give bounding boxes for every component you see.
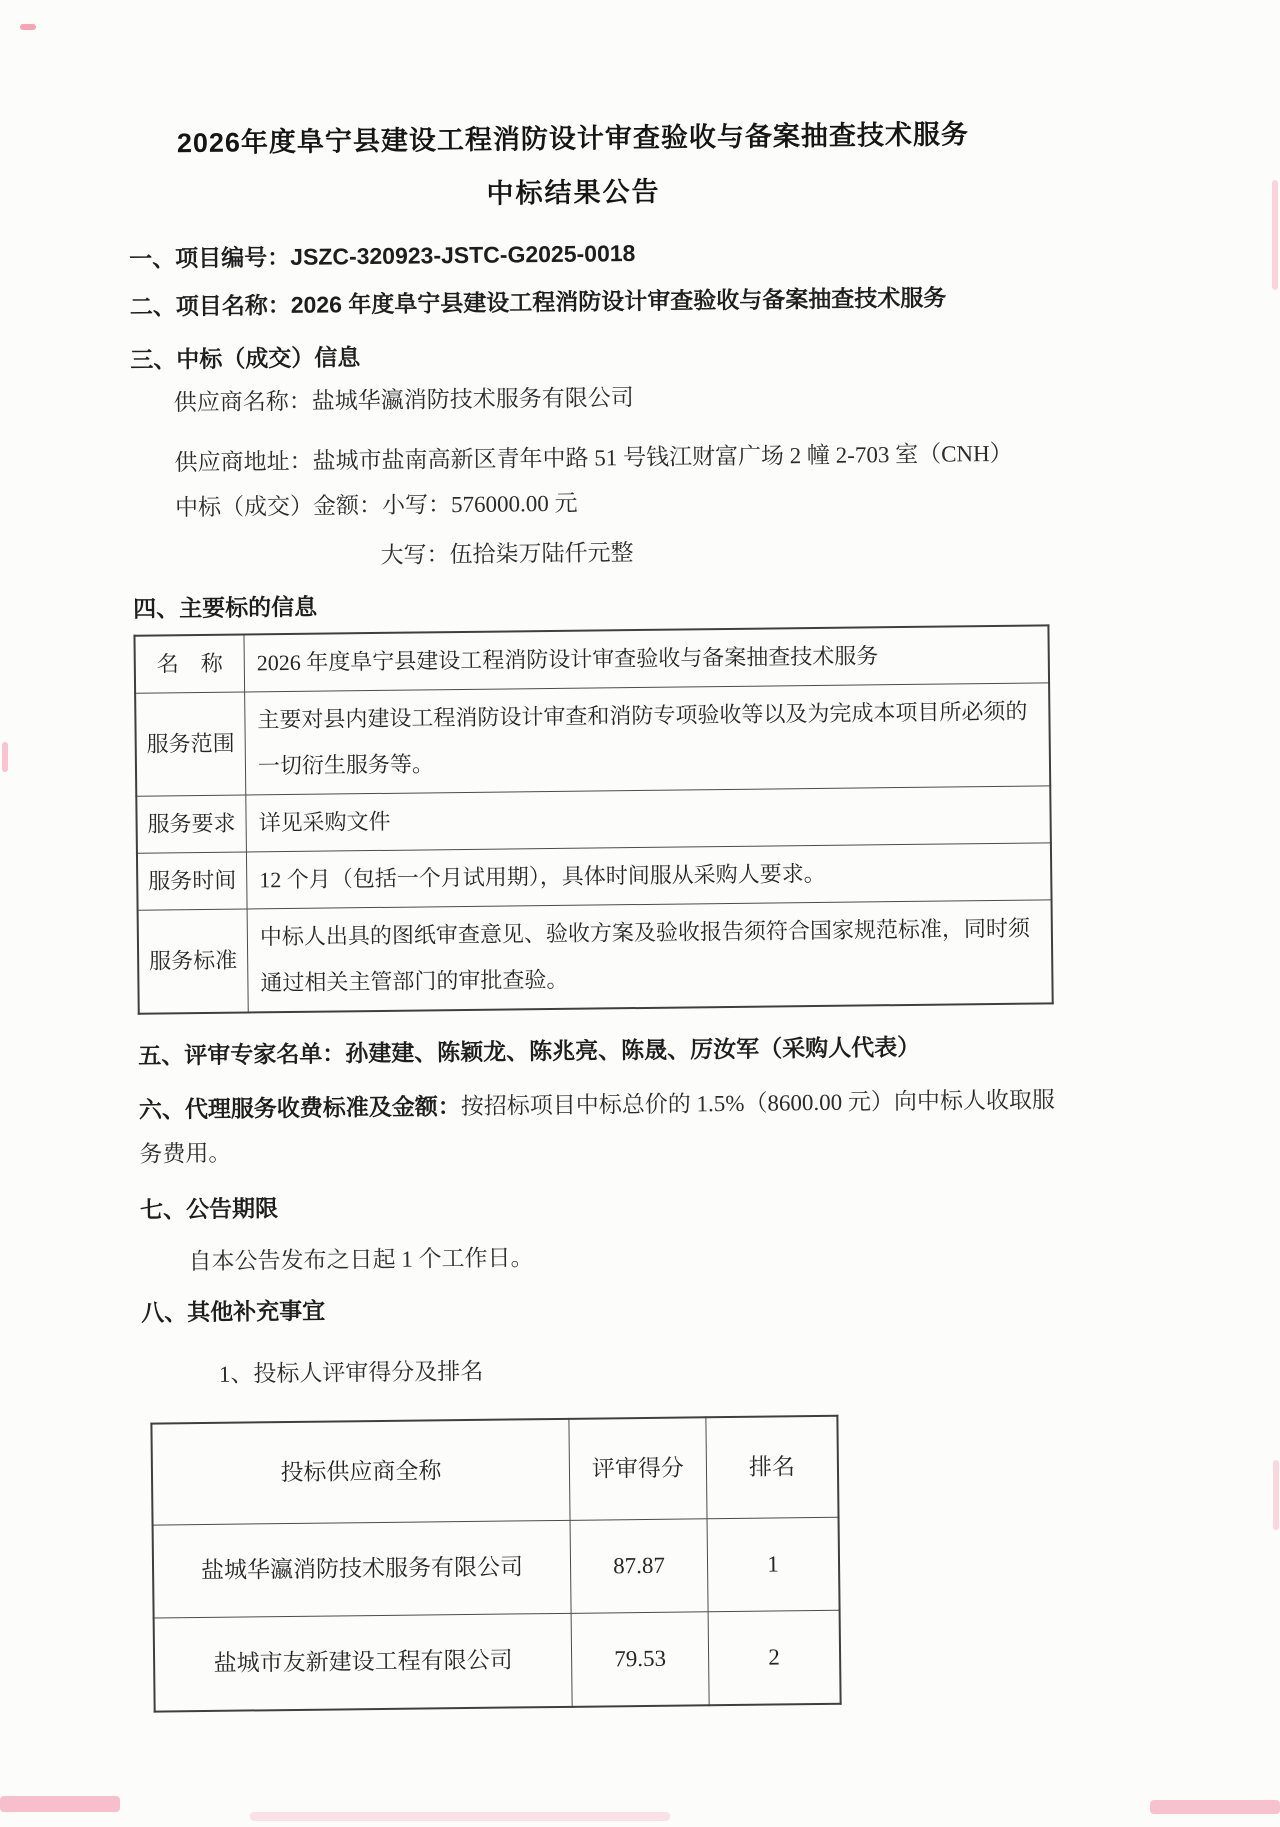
document-content: 2026年度阜宁县建设工程消防设计审查验收与备案抽查技术服务 中标结果公告 一、… bbox=[126, 0, 1065, 1713]
info-row-name: 名 称 2026 年度阜宁县建设工程消防设计审查验收与备案抽查技术服务 bbox=[134, 625, 1049, 693]
info-label-cell: 服务要求 bbox=[136, 795, 246, 853]
rank-cell: 1 bbox=[707, 1517, 840, 1611]
supplier-name-line: 供应商名称：盐城华瀛消防技术服务有限公司 bbox=[131, 376, 1051, 420]
bidder-name-cell: 盐城市友新建设工程有限公司 bbox=[154, 1613, 573, 1711]
project-number-label: 一、项目编号： bbox=[129, 244, 290, 272]
award-amount-label: 中标（成交）金额： bbox=[175, 493, 382, 520]
section-experts: 五、评审专家名单：孙建建、陈颖龙、陈兆亮、陈晟、厉汝军（采购人代表） bbox=[138, 1028, 1058, 1073]
score-cell: 87.87 bbox=[570, 1519, 708, 1614]
header-review-score: 评审得分 bbox=[569, 1417, 707, 1520]
document-subtitle: 中标结果公告 bbox=[128, 168, 1018, 218]
announcement-period-body: 自本公告发布之日起 1 个工作日。 bbox=[140, 1235, 1060, 1279]
info-label-cell: 服务范围 bbox=[135, 692, 246, 796]
score-row: 盐城华瀛消防技术服务有限公司 87.87 1 bbox=[153, 1517, 840, 1618]
amount-words-label: 大写： bbox=[380, 542, 449, 568]
experts-label: 五、评审专家名单： bbox=[138, 1040, 345, 1068]
experts-names: 孙建建、陈颖龙、陈兆亮、陈晟、厉汝军（采购人代表） bbox=[345, 1034, 920, 1067]
award-amount-words-line: 大写：伍拾柒万陆仟元整 bbox=[132, 531, 1052, 575]
info-value-cell: 详见采购文件 bbox=[246, 786, 1051, 852]
info-label-cell: 名 称 bbox=[134, 634, 244, 693]
project-name-label: 二、项目名称： bbox=[130, 292, 291, 320]
section-announcement-period-heading: 七、公告期限 bbox=[140, 1182, 1060, 1227]
score-table-header-row: 投标供应商全称 评审得分 排名 bbox=[151, 1416, 838, 1525]
section-agency-fee: 六、代理服务收费标准及金额：按招标项目中标总价的 1.5%（8600.00 元）… bbox=[139, 1077, 1060, 1176]
scanned-page: 2026年度阜宁县建设工程消防设计审查验收与备案抽查技术服务 中标结果公告 一、… bbox=[0, 0, 1280, 1827]
section-award-info-heading: 三、中标（成交）信息 bbox=[130, 332, 1050, 377]
amount-numeric-value: 576000.00 元 bbox=[451, 491, 578, 517]
info-row-scope: 服务范围 主要对县内建设工程消防设计审查和消防专项验收等以及为完成本项目所必须的… bbox=[135, 683, 1050, 796]
info-value-cell: 主要对县内建设工程消防设计审查和消防专项验收等以及为完成本项目所必须的一切衍生服… bbox=[245, 683, 1051, 795]
info-label-cell: 服务时间 bbox=[137, 852, 247, 910]
info-row-standard: 服务标准 中标人出具的图纸审查意见、验收方案及验收报告须符合国家规范标准，同时须… bbox=[138, 900, 1053, 1014]
score-ranking-subheading: 1、投标人评审得分及排名 bbox=[142, 1348, 1062, 1392]
header-rank: 排名 bbox=[706, 1416, 839, 1519]
project-number-value: JSZC-320923-JSTC-G2025-0018 bbox=[290, 240, 635, 270]
score-ranking-table: 投标供应商全称 评审得分 排名 盐城华瀛消防技术服务有限公司 87.87 1 盐… bbox=[150, 1415, 841, 1713]
score-cell: 79.53 bbox=[571, 1612, 709, 1707]
project-name-value: 2026 年度阜宁县建设工程消防设计审查验收与备案抽查技术服务 bbox=[291, 284, 947, 317]
document-title: 2026年度阜宁县建设工程消防设计审查验收与备案抽查技术服务 bbox=[126, 0, 1018, 164]
info-value-cell: 12 个月（包括一个月试用期），具体时间服从采购人要求。 bbox=[246, 843, 1051, 909]
supplier-name-label: 供应商名称： bbox=[174, 389, 312, 416]
score-row: 盐城市友新建设工程有限公司 79.53 2 bbox=[154, 1610, 841, 1711]
info-label-cell: 服务标准 bbox=[138, 909, 249, 1014]
rank-cell: 2 bbox=[708, 1610, 841, 1705]
section-project-number: 一、项目编号：JSZC-320923-JSTC-G2025-0018 bbox=[129, 231, 1049, 276]
header-bidder-name: 投标供应商全称 bbox=[151, 1419, 570, 1525]
amount-numeric-label: 小写： bbox=[382, 492, 451, 518]
info-row-duration: 服务时间 12 个月（包括一个月试用期），具体时间服从采购人要求。 bbox=[137, 843, 1052, 910]
info-value-cell: 中标人出具的图纸审查意见、验收方案及验收报告须符合国家规范标准，同时须通过相关主… bbox=[247, 900, 1053, 1013]
agency-fee-label: 六、代理服务收费标准及金额： bbox=[139, 1093, 461, 1123]
info-value-cell: 2026 年度阜宁县建设工程消防设计审查验收与备案抽查技术服务 bbox=[244, 625, 1049, 692]
supplier-address-label: 供应商地址： bbox=[174, 449, 312, 476]
supplier-name-value: 盐城华瀛消防技术服务有限公司 bbox=[312, 385, 634, 414]
section-subject-info-heading: 四、主要标的信息 bbox=[133, 581, 1053, 626]
info-row-requirement: 服务要求 详见采购文件 bbox=[136, 786, 1051, 853]
section-other-matters-heading: 八、其他补充事宜 bbox=[141, 1285, 1061, 1330]
award-amount-line: 中标（成交）金额：小写：576000.00 元 bbox=[132, 481, 1052, 525]
supplier-address-value: 盐城市盐南高新区青年中路 51 号钱江财富广场 2 幢 2-703 室（CNH） bbox=[312, 441, 1012, 474]
subject-info-table: 名 称 2026 年度阜宁县建设工程消防设计审查验收与备案抽查技术服务 服务范围… bbox=[133, 624, 1053, 1014]
amount-words-value: 伍拾柒万陆仟元整 bbox=[449, 540, 633, 567]
supplier-address-line: 供应商地址：盐城市盐南高新区青年中路 51 号钱江财富广场 2 幢 2-703 … bbox=[131, 436, 1051, 480]
section-project-name: 二、项目名称：2026 年度阜宁县建设工程消防设计审查验收与备案抽查技术服务 bbox=[130, 279, 1050, 324]
bidder-name-cell: 盐城华瀛消防技术服务有限公司 bbox=[153, 1520, 572, 1618]
